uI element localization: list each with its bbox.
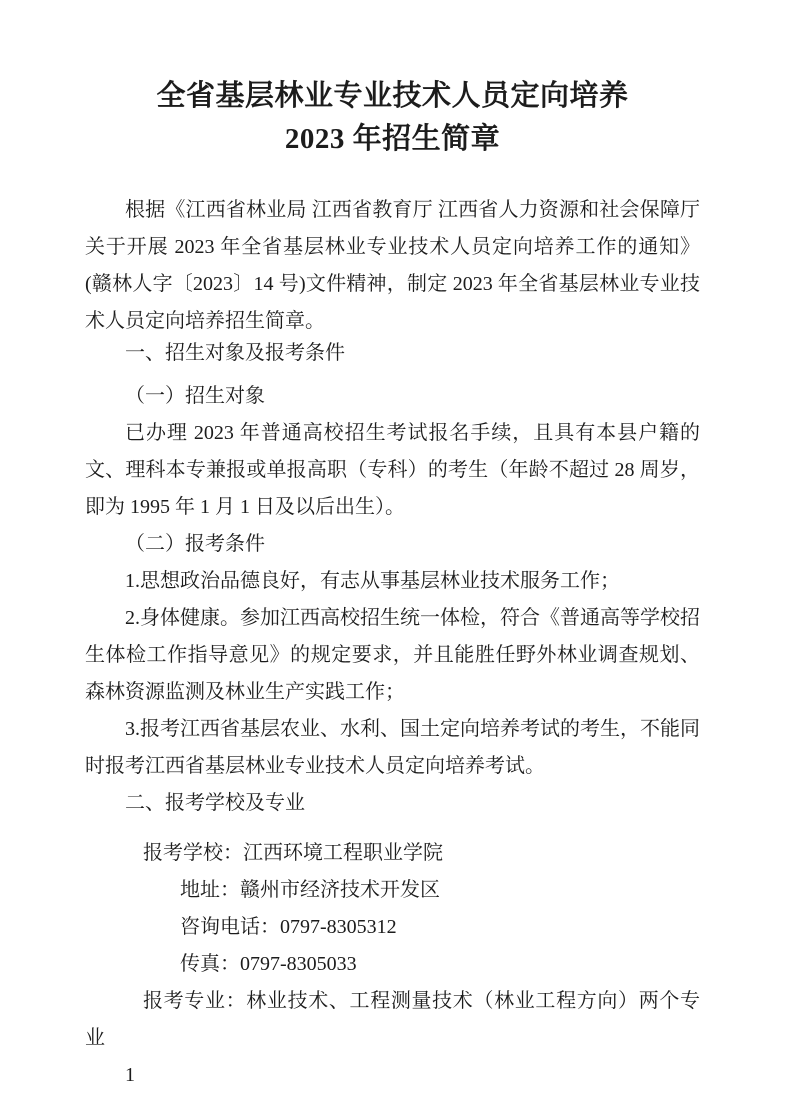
section-1-1-heading: （一）招生对象: [85, 378, 700, 415]
fax-line: 传真：0797-8305033: [85, 946, 700, 983]
condition-item-1: 1.思想政治品德良好，有志从事基层林业技术服务工作；: [85, 563, 700, 600]
section-2-heading: 二、报考学校及专业: [85, 785, 700, 822]
school-line: 报考学校：江西环境工程职业学院: [85, 835, 700, 872]
phone-line: 咨询电话：0797-8305312: [85, 909, 700, 946]
page-number: 1: [85, 1057, 700, 1094]
eligibility-paragraph: 已办理 2023 年普通高校招生考试报名手续，且具有本县户籍的文、理科本专兼报或…: [85, 415, 700, 526]
section-1-heading: 一、招生对象及报考条件: [85, 335, 700, 372]
doc-title: 全省基层林业专业技术人员定向培养 2023 年招生简章: [85, 75, 700, 161]
document-page: 全省基层林业专业技术人员定向培养 2023 年招生简章 根据《江西省林业局 江西…: [0, 0, 794, 1108]
intro-paragraph: 根据《江西省林业局 江西省教育厅 江西省人力资源和社会保障厅关于开展 2023 …: [85, 192, 700, 340]
section-1-2-heading: （二）报考条件: [85, 526, 700, 563]
doc-title-line-2: 2023 年招生简章: [85, 118, 700, 161]
doc-title-line-1: 全省基层林业专业技术人员定向培养: [85, 75, 700, 118]
condition-item-2: 2.身体健康。参加江西高校招生统一体检，符合《普通高等学校招生体检工作指导意见》…: [85, 600, 700, 711]
condition-item-3: 3.报考江西省基层农业、水利、国土定向培养考试的考生，不能同时报考江西省基层林业…: [85, 711, 700, 785]
major-line: 报考专业：林业技术、工程测量技术（林业工程方向）两个专业: [85, 983, 700, 1057]
address-line: 地址：赣州市经济技术开发区: [85, 872, 700, 909]
